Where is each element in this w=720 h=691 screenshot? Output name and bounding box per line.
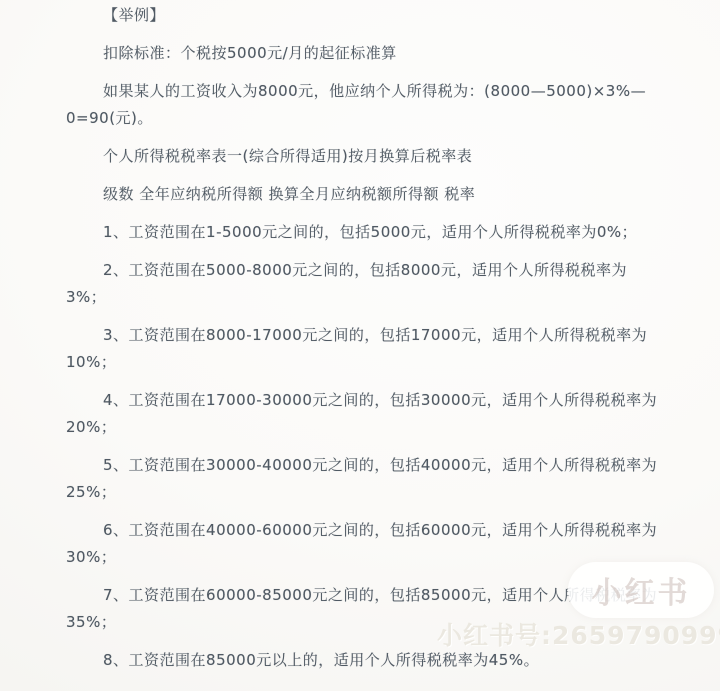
paragraph-line: 4、工资范围在17000-30000元之间的，包括30000元，适用个人所得税税…: [66, 387, 684, 414]
paragraph: 个人所得税税率表一(综合所得适用)按月换算后税率表: [66, 143, 684, 170]
paragraph-line: 【举例】: [66, 2, 684, 29]
xiaohongshu-account-id-watermark: 小红书号:2659790999: [437, 616, 720, 652]
paragraph: 5、工资范围在30000-40000元之间的，包括40000元，适用个人所得税税…: [66, 452, 684, 506]
paragraph: 3、工资范围在8000-17000元之间的，包括17000元，适用个人所得税税率…: [66, 322, 684, 376]
paragraph-line: 25%；: [66, 479, 684, 506]
paragraph-line: 0=90(元)。: [66, 105, 684, 132]
paragraph-line: 3%；: [66, 284, 684, 311]
paragraph-line: 3、工资范围在8000-17000元之间的，包括17000元，适用个人所得税税率…: [66, 322, 684, 349]
paragraph-line: 如果某人的工资收入为8000元，他应纳个人所得税为：(8000—5000)×3%…: [66, 78, 684, 105]
paragraph-line: 2、工资范围在5000-8000元之间的，包括8000元，适用个人所得税税率为: [66, 257, 684, 284]
paragraph-line: 1、工资范围在1-5000元之间的，包括5000元，适用个人所得税税率为0%；: [66, 219, 684, 246]
paragraph-line: 个人所得税税率表一(综合所得适用)按月换算后税率表: [66, 143, 684, 170]
xiaohongshu-logo-label: 小红书: [592, 568, 691, 612]
paragraph-line: 扣除标准：个税按5000元/月的起征标准算: [66, 40, 684, 67]
paragraph-line: 6、工资范围在40000-60000元之间的，包括60000元，适用个人所得税税…: [66, 517, 684, 544]
paragraph: 如果某人的工资收入为8000元，他应纳个人所得税为：(8000—5000)×3%…: [66, 78, 684, 132]
paragraph-line: 10%；: [66, 349, 684, 376]
xiaohongshu-logo-watermark: 小红书: [568, 562, 714, 618]
paragraph-line: 20%；: [66, 414, 684, 441]
paragraph: 【举例】: [66, 2, 684, 29]
paragraph-line: 级数 全年应纳税所得额 换算全月应纳税额所得额 税率: [66, 181, 684, 208]
paragraph: 2、工资范围在5000-8000元之间的，包括8000元，适用个人所得税税率为3…: [66, 257, 684, 311]
paragraph: 扣除标准：个税按5000元/月的起征标准算: [66, 40, 684, 67]
paragraph-line: 5、工资范围在30000-40000元之间的，包括40000元，适用个人所得税税…: [66, 452, 684, 479]
paragraph: 1、工资范围在1-5000元之间的，包括5000元，适用个人所得税税率为0%；: [66, 219, 684, 246]
article-screenshot: 【举例】扣除标准：个税按5000元/月的起征标准算如果某人的工资收入为8000元…: [0, 0, 720, 691]
paragraph: 4、工资范围在17000-30000元之间的，包括30000元，适用个人所得税税…: [66, 387, 684, 441]
paragraph: 级数 全年应纳税所得额 换算全月应纳税额所得额 税率: [66, 181, 684, 208]
